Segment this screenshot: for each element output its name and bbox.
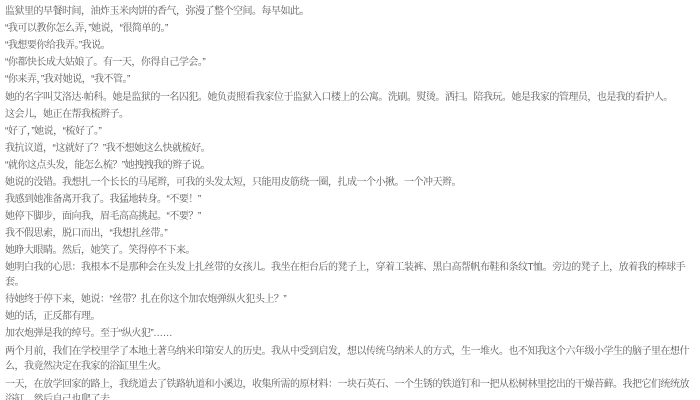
paragraph: 这会儿，她正在帮我梳辫子。 bbox=[5, 107, 694, 122]
paragraph: 她睁大眼睛。然后，她笑了。笑得停不下来。 bbox=[5, 243, 694, 258]
paragraph: 她的话，正反都有理。 bbox=[5, 309, 694, 324]
paragraph: 我抗议道，“这就好了？”我不想她这么快就梳好。 bbox=[5, 141, 694, 156]
paragraph: 她说的没错。我想扎一个长长的马尾辫，可我的头发太短，只能用皮筋绕一圈，扎成一个小… bbox=[5, 175, 694, 190]
paragraph: 她停下脚步，面向我，眉毛高高挑起。“不要？” bbox=[5, 209, 694, 224]
paragraph: “我想要你给我弄。”我说。 bbox=[5, 38, 694, 53]
paragraph: 监狱里的早餐时间，油炸玉米肉饼的香气，弥漫了整个空间。每早如此。 bbox=[5, 4, 694, 19]
paragraph: “好了，”她说，“梳好了。” bbox=[5, 124, 694, 139]
paragraph: “你来弄，”我对她说，“我不管。” bbox=[5, 72, 694, 87]
paragraph: 她的名字叫艾洛达·帕科。她是监狱的一名囚犯。她负责照看我家位于监狱入口楼上的公寓… bbox=[5, 90, 694, 105]
paragraph: 待她终于停下来，她说：“丝带？扎在你这个加农炮弹纵火犯头上？” bbox=[5, 292, 694, 307]
paragraph: “你都快长成大姑娘了。有一天，你得自己学会。” bbox=[5, 55, 694, 70]
document-page: 监狱里的早餐时间，油炸玉米肉饼的香气，弥漫了整个空间。每早如此。 “我可以教你怎… bbox=[0, 0, 700, 400]
paragraph: 她明白我的心思：我根本不是那种会在头发上扎丝带的女孩儿。我坐在柜台后的凳子上，穿… bbox=[5, 260, 694, 290]
paragraph: 一天，在放学回家的路上，我绕道去了铁路轨道和小溪边，收集所需的原材料：一块石英石… bbox=[5, 377, 694, 400]
paragraph: 加农炮弹是我的绰号。至于“纵火犯”…… bbox=[5, 326, 694, 341]
paragraph: 两个月前，我们在学校里学了本地土著乌纳米印第安人的历史。我从中受到启发，想以传统… bbox=[5, 344, 694, 374]
paragraph: 我不假思索，脱口而出，“我想扎丝带。” bbox=[5, 226, 694, 241]
paragraph: “就你这点头发，能怎么梳？”她拽拽我的辫子说。 bbox=[5, 158, 694, 173]
paragraph: 我感到她准备离开我了。我猛地转身。“不要！” bbox=[5, 192, 694, 207]
paragraph: “我可以教你怎么弄，”她说，“很简单的。” bbox=[5, 21, 694, 36]
